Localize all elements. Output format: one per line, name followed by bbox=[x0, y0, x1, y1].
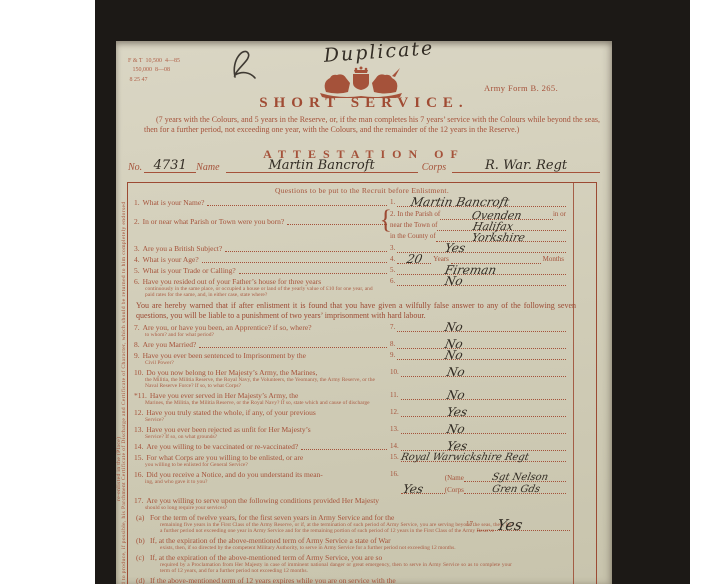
name-field: Martin Bancroft bbox=[226, 160, 418, 173]
questions-box: Questions to be put to the Recruit befor… bbox=[127, 182, 597, 584]
question-row-8: 8.Are you Married? 8.No bbox=[134, 340, 590, 349]
attestation-form-paper: F & T 10,500 4—85 150,000 8—08 8 25 47 D… bbox=[116, 41, 612, 584]
condition-c: (c)If, at the expiration of the above-me… bbox=[134, 553, 590, 574]
form-title: SHORT SERVICE. bbox=[116, 95, 612, 112]
corps-label: Corps bbox=[422, 162, 446, 173]
question-row-15: 15.For what Corps are you willing to be … bbox=[134, 453, 590, 468]
answer-previous-service: Yes bbox=[446, 406, 469, 418]
answer-county: Yorkshire bbox=[471, 232, 526, 243]
notice-giver-name: Sgt Nelson bbox=[491, 473, 549, 483]
royal-crest-icon bbox=[316, 66, 406, 98]
question-row-6: 6.Have you resided out of your Father’s … bbox=[134, 277, 590, 298]
birthplace-answer: 2.In the Parish ofOvendenin or near the … bbox=[390, 209, 566, 242]
brace-glyph: { bbox=[380, 205, 392, 235]
scanned-attestation-screenshot: F & T 10,500 4—85 150,000 8—08 8 25 47 D… bbox=[0, 0, 728, 584]
question-row-16: 16.Did you receive a Notice, and do you … bbox=[134, 470, 590, 494]
corps-value: R. War. Regt bbox=[485, 158, 567, 173]
false-answer-warning: You are hereby warned that if after enli… bbox=[136, 301, 576, 320]
answer-british-subject: Yes bbox=[443, 242, 466, 254]
question-text: What is your Name? bbox=[143, 198, 205, 207]
question-text: In or near what Parish or Town were you … bbox=[143, 217, 285, 226]
question-row-5: 5.What is your Trade or Calling? 5.Firem… bbox=[134, 266, 590, 275]
condition-d: (d)If the above-mentioned term of 12 yea… bbox=[134, 576, 590, 584]
answer-rejected: No bbox=[446, 423, 466, 435]
notice-giver-corps: Gren Gds bbox=[491, 485, 541, 495]
question-row-10: 10.Do you now belong to Her Majesty’s Ar… bbox=[134, 368, 590, 389]
question-row-4: 4.What is your Age? 4.20YearsMonths bbox=[134, 255, 590, 264]
question-row-2: 2.In or near what Parish or Town were yo… bbox=[134, 209, 590, 242]
answer-corps-choice: Royal Warwickshire Regt bbox=[400, 453, 530, 463]
answer-belong-army: No bbox=[446, 366, 466, 378]
printer-code-line1: F & T 10,500 4—85 bbox=[128, 58, 180, 64]
printer-code-line2: 150,000 8—08 bbox=[128, 67, 170, 73]
question-row-17: 17.Are you willing to serve upon the fol… bbox=[134, 496, 590, 511]
name-value: Martin Bancroft bbox=[269, 158, 375, 173]
margin-note-inner: re-enlisted in the (Place) bbox=[116, 301, 122, 501]
question-row-1: 1.What is your Name? 1.Martin Bancroft bbox=[134, 198, 590, 207]
answer-serve-conditions: Yes bbox=[496, 518, 524, 533]
photo-background: F & T 10,500 4—85 150,000 8—08 8 25 47 D… bbox=[95, 0, 690, 584]
answer-imprisonment: No bbox=[443, 349, 463, 361]
answer-17: 17. Yes bbox=[466, 520, 570, 531]
question-row-9: 9.Have you ever been sentenced to Impris… bbox=[134, 351, 590, 366]
answer-age: 20 bbox=[405, 253, 423, 265]
question-row-11: *11.Have you ever served in Her Majesty’… bbox=[134, 391, 590, 406]
question-number: 1. bbox=[134, 198, 140, 207]
answer-notice: Yes bbox=[401, 483, 424, 495]
service-terms-note: (7 years with the Colours, and 5 years i… bbox=[144, 115, 600, 135]
answer-name: Martin Bancroft bbox=[409, 196, 510, 208]
printer-code-line3: 8 25 47 bbox=[128, 77, 148, 83]
service-number-field: 4731 bbox=[144, 160, 196, 173]
questions-box-heading: Questions to be put to the Recruit befor… bbox=[134, 186, 590, 195]
question-row-3: 3.Are you a British Subject? 3.Yes bbox=[134, 244, 590, 253]
answer-apprentice: No bbox=[443, 321, 463, 333]
service-number-value: 4731 bbox=[154, 158, 187, 173]
answer-ever-served: No bbox=[446, 389, 466, 401]
army-form-number: Army Form B. 265. bbox=[484, 83, 558, 93]
notice-answer: 16. Yes (NameSgt Nelson (CorpsGren Gds bbox=[390, 470, 566, 494]
question-row-13: 13.Have you ever been rejected as unfit … bbox=[134, 425, 590, 440]
name-label: Name bbox=[196, 162, 219, 173]
answer-vaccinated: Yes bbox=[446, 440, 469, 452]
condition-b: (b)If, at the expiration of the above-me… bbox=[134, 536, 590, 551]
identity-line: No. 4731 Name Martin Bancroft Corps R. W… bbox=[128, 160, 600, 173]
printer-codes: F & T 10,500 4—85 150,000 8—08 8 25 47 bbox=[128, 57, 180, 85]
question-row-12: 12.Have you truly stated the whole, if a… bbox=[134, 408, 590, 423]
no-label: No. bbox=[128, 162, 142, 173]
question-row-14: 14.Are you willing to be vaccinated or r… bbox=[134, 442, 590, 451]
answer-residence: No bbox=[443, 275, 463, 287]
pen-mark bbox=[228, 45, 258, 85]
question-row-7: 7.Are you, or have you been, an Apprenti… bbox=[134, 323, 590, 338]
corps-field: R. War. Regt bbox=[452, 160, 600, 173]
